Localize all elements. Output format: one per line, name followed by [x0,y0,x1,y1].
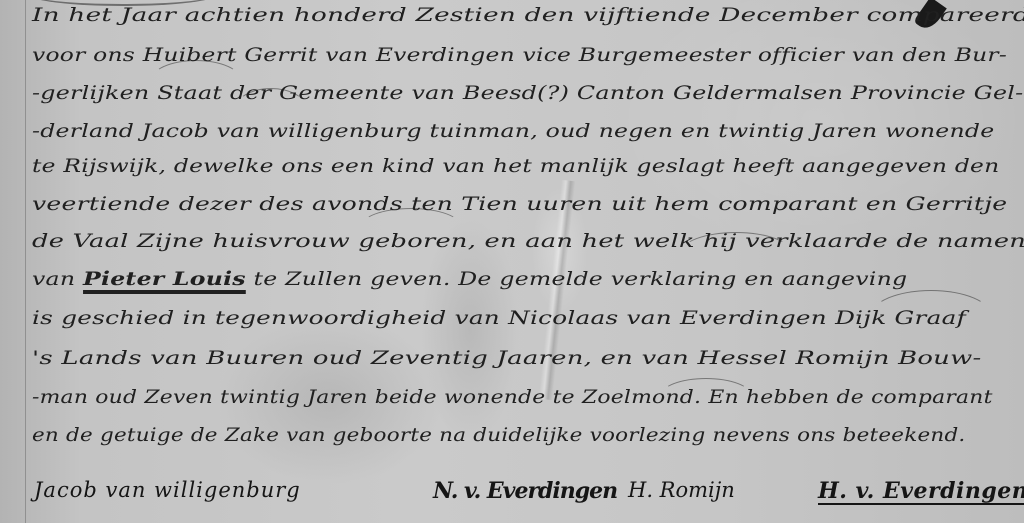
document-line-4: -derland Jacob van willigenburg tuinman,… [32,120,1006,152]
document-line-9: is geschied in tegenwoordigheid van Nico… [32,307,1006,339]
line-text: te Rijswijk, dewelke ons een kind van he… [32,155,999,177]
line-text: veertiende dezer des avonds ten Tien uur… [32,193,1007,215]
document-line-7: de Vaal Zijne huisvrouw geboren, en aan … [32,230,1006,262]
line-text: de Vaal Zijne huisvrouw geboren, en aan … [32,230,1024,252]
signature-official: H. v. Everdingen [818,478,1024,514]
signature-father: Jacob van willigenburg [34,478,301,514]
document-line-2: voor ons Huibert Gerrit van Everdingen v… [32,44,1006,76]
document-line-8: van Pieter Louis te Zullen geven. De gem… [32,268,1006,300]
line-text: is geschied in tegenwoordigheid van Nico… [32,307,966,329]
child-name: Pieter Louis [83,268,246,290]
line-text: te Zullen geven. De gemelde verklaring e… [254,268,908,290]
line-text: -man oud Zeven twintig Jaren beide wonen… [32,386,993,408]
document-line-12: en de getuige de Zake van geboorte na du… [32,424,1006,456]
line-text: van [32,268,75,290]
signature-witness-1: N. v. Everdingen [433,478,617,514]
document-line-1: In het Jaar achtien honderd Zestien den … [32,4,1006,36]
signature-witness-2: H. Romijn [628,478,735,514]
line-text: -derland Jacob van willigenburg tuinman,… [32,120,994,142]
document-scan: In het Jaar achtien honderd Zestien den … [0,0,1024,523]
left-margin-fold [25,0,26,523]
line-text: en de getuige de Zake van geboorte na du… [32,424,965,446]
line-text: In het Jaar achtien honderd Zestien den … [32,4,1024,26]
line-text: 's Lands van Buuren oud Zeventig Jaaren,… [32,347,981,369]
document-line-5: te Rijswijk, dewelke ons een kind van he… [32,155,1006,187]
line-text: voor ons Huibert Gerrit van Everdingen v… [32,44,1007,66]
document-line-11: -man oud Zeven twintig Jaren beide wonen… [32,386,1006,418]
document-line-3: -gerlijken Staat der Gemeente van Beesd(… [32,82,1006,114]
document-line-10: 's Lands van Buuren oud Zeventig Jaaren,… [32,347,1006,379]
document-line-6: veertiende dezer des avonds ten Tien uur… [32,193,1006,225]
line-text: -gerlijken Staat der Gemeente van Beesd(… [32,82,1023,104]
